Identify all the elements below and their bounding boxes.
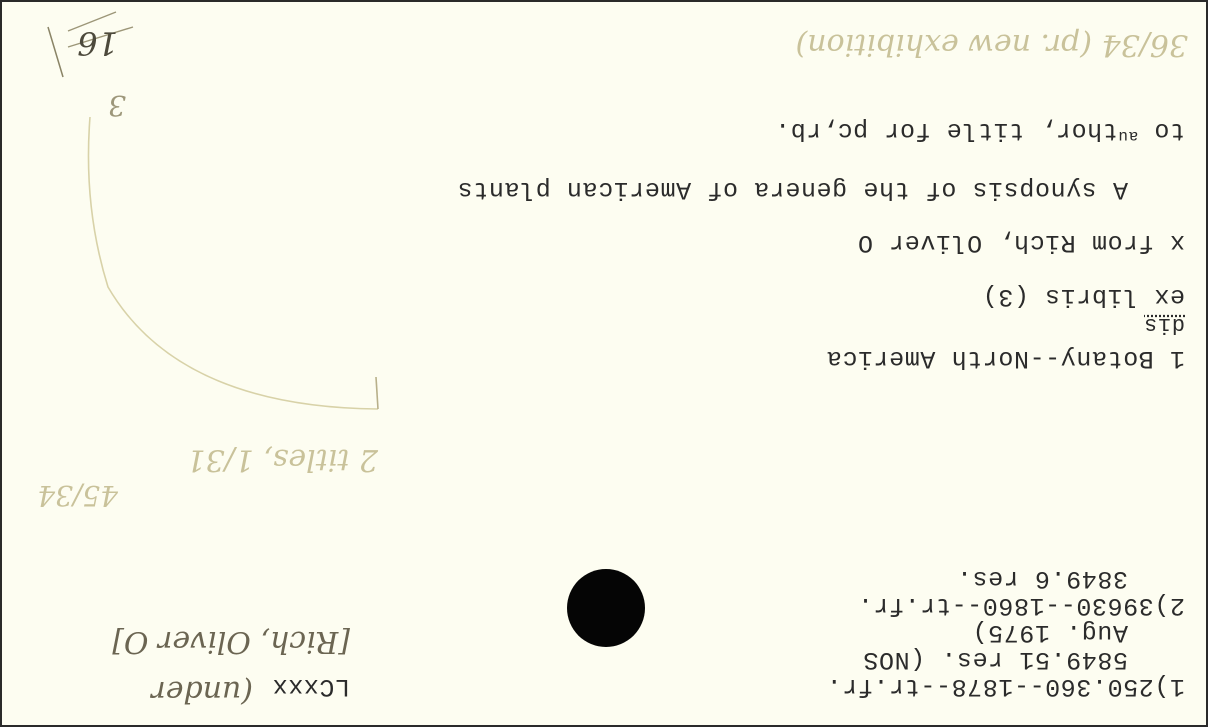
main-entry: LCxxx	[272, 673, 350, 699]
note-superscript: au	[1118, 127, 1138, 145]
call-number-line-4: 2)39630--1860--tr.fr.	[857, 592, 1185, 618]
subject-tracing: 1 Botany--North America	[826, 345, 1185, 371]
pencil-note-fraction: 45/34	[37, 479, 118, 512]
corner-number: 16	[77, 24, 118, 62]
title-tracing: A synopsis of the genera of American pla…	[457, 176, 1128, 202]
call-number-line-2: 5849.51 res. (NOS	[863, 646, 1128, 672]
dis-note: dis	[1144, 311, 1185, 337]
call-number-line-5: 3849.6 res.	[956, 565, 1128, 591]
catalog-card: 1)250.360--1878--tr.fr. 5849.51 res. (NO…	[0, 0, 1208, 727]
pencil-note-bottom: 36/34 (pr. new exhibition)	[796, 27, 1188, 62]
from-tracing: x from Rich, Oliver O	[857, 229, 1185, 255]
handwritten-under: (under	[151, 674, 253, 709]
note-rest: thor, title for pc,rb.	[775, 116, 1118, 145]
ex-libris-tracing: ex libris (3)	[982, 283, 1185, 309]
pencil-note-three: 3	[108, 89, 126, 122]
note-prefix: to	[1138, 116, 1185, 145]
note-tracing: to author, title for pc,rb.	[775, 117, 1185, 149]
call-number-line-1: 1)250.360--1878--tr.fr.	[826, 673, 1185, 699]
pencil-note-titles: 2 titles, 1/31	[186, 442, 378, 477]
handwritten-bracket-name: [Rich, Oliver O]	[112, 624, 350, 659]
call-number-line-3: Aug. 1975)	[972, 619, 1128, 645]
punch-hole	[567, 569, 645, 647]
